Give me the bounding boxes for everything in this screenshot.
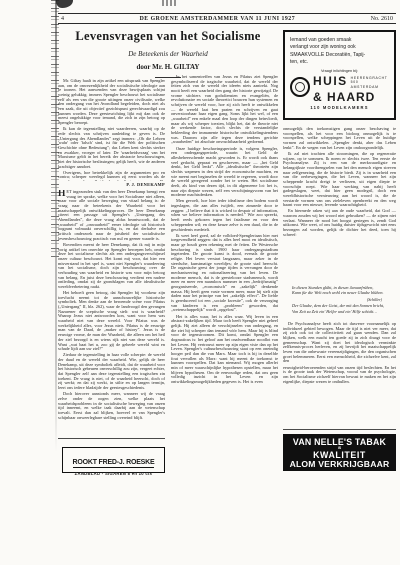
- brand-word-huis: HUIS: [313, 75, 348, 87]
- verse-line: Kann für die Welt noch wohl ein neuer Gl…: [292, 290, 396, 295]
- body-paragraph: eeuwigheid-beroerenden strijd van onzen …: [283, 366, 396, 385]
- body-paragraph: Overigens, hoe betrekkelijk zijn de argu…: [58, 171, 165, 181]
- body-paragraph: De Psychoanalyse heeft zich tot dusverre…: [283, 322, 396, 364]
- newspaper-page: 4 DE GROENE AMSTERDAMMER VAN 11 JUNI 192…: [0, 0, 400, 565]
- column-3-bottom: De Psychoanalyse heeft zich tot dusverre…: [283, 322, 396, 426]
- letter-signature: P. J. DENEKAMP: [58, 182, 165, 187]
- column-3-top: onmogelijk den toekomstigen gang onzer b…: [283, 127, 396, 283]
- body-paragraph: Ziedaar de tegenstelling in haar volle s…: [58, 353, 165, 390]
- page-number: 4: [61, 16, 64, 22]
- article-title: Levensvragen van het Socialisme: [58, 29, 278, 44]
- body-paragraph: HET ingezonden stuk van den heer Denekam…: [58, 190, 165, 241]
- verse-line: Von Zeit zu Zeit ein' Helfer und ein' Hi…: [292, 309, 396, 314]
- page-fold-line: [55, 0, 57, 452]
- body-paragraph: In het samentreffen van Jezus en Pilatus…: [171, 75, 278, 145]
- scan-top-marks: [162, 0, 178, 6]
- masthead-bar: 4 DE GROENE AMSTERDAMMER VAN 11 JUNI 192…: [58, 13, 396, 24]
- ad-address-line: HEERENGRACHT 500: [351, 76, 389, 86]
- body-paragraph: Mr. Giltay haalt in zijn artikel een uit…: [58, 79, 165, 126]
- ad-text-line: verlangt voor zijn woning ook: [290, 44, 389, 51]
- article-subtitle: De Beteekenis der Waarheid: [58, 50, 278, 58]
- huis-haard-seal-icon: [290, 77, 310, 97]
- verse-attribution: (Schiller): [292, 297, 396, 302]
- column-1-letter: Mr. Giltay haalt in zijn artikel een uit…: [58, 79, 165, 181]
- body-paragraph: Ik kan de tegenstelling niet waardeeren,…: [58, 127, 165, 169]
- column-1-reply: HET ingezonden stuk van den heer Denekam…: [58, 190, 165, 436]
- ad-text-line: Iemand van goeden smaak: [290, 37, 389, 44]
- paragraph-text: ET ingezonden stuk van den heer Denekamp…: [58, 190, 165, 241]
- scan-ink-blob: [56, 0, 73, 8]
- roeske-brand-name: ROOKT FRED-J. ROESKE: [73, 459, 155, 468]
- body-paragraph: En hiermede raken wij aan de oude waarhe…: [283, 209, 396, 237]
- body-paragraph: Doch hierover aanstonds meer, wanneer wi…: [58, 392, 165, 420]
- column-2: In het samentreffen van Jezus en Pilatus…: [171, 75, 278, 473]
- verse-block: In diesen Stunden glüht, in diesen Janua…: [283, 285, 396, 314]
- body-paragraph: Bovendien meent de heer Denekamp, dat ik…: [58, 243, 165, 290]
- brand-word-haard: & HAARD: [313, 91, 389, 103]
- huis-haard-brand: HUIS HEERENGRACHT 500 AMSTERDAM & HAARD: [290, 75, 389, 102]
- van-nelle-line: VAN NELLE'S TABAK: [283, 438, 396, 447]
- ad-van-nelle: VAN NELLE'S TABAK IS KWALITEIT ALOM VERK…: [283, 434, 396, 471]
- ad-text-line: ten, etc.: [290, 59, 389, 66]
- body-paragraph: Het is alles waar, het is alles waar. Wi…: [171, 315, 278, 385]
- body-paragraph: Ik zal niet trachten alle stroomingen, d…: [283, 152, 396, 208]
- roeske-sub-line: ZANDBLAD - SIGAREN 8 en 10 cts: [63, 471, 164, 476]
- body-paragraph: Onze huidige beschavingsperiode is, volg…: [171, 147, 278, 198]
- ad-footer: 110 MODELKAMERS: [290, 105, 389, 110]
- column-3-divider: [283, 429, 396, 430]
- body-paragraph: Het behoeft geen betoog, dat Spengler bi…: [58, 291, 165, 352]
- masthead-title: DE GROENE AMSTERDAMMER VAN 11 JUNI 1927: [140, 16, 296, 22]
- ad-roeske: ROOKT FRED-J. ROESKE ZANDBLAD - SIGAREN …: [62, 447, 165, 473]
- verse-line: Der Glaube, dem der Geist, der mit den S…: [292, 303, 396, 308]
- body-paragraph: onmogelijk den toekomstigen gang onzer b…: [283, 127, 396, 150]
- ad-huis-haard: Iemand van goeden smaak verlangt voor zi…: [283, 30, 396, 120]
- article-title-block: Levensvragen van het Socialisme De Betee…: [58, 29, 278, 78]
- issue-number: No. 2610: [371, 16, 393, 22]
- ad-cta: Vraagt inlichtingen bij:: [290, 69, 389, 73]
- column-1-divider: [58, 438, 165, 439]
- body-paragraph: Men gevoelt, hoe hier ieder idealisme de…: [171, 199, 278, 232]
- van-nelle-line: ALOM VERKRIJGBAAR: [283, 460, 396, 470]
- body-paragraph: Ik weet heel goed, zal de volbloed-Speng…: [171, 234, 278, 313]
- article-byline: door Mr. H. GILTAY: [58, 63, 278, 71]
- ad-text-line: SMAAKVOLLE Decoratiën, Tapij-: [290, 52, 389, 59]
